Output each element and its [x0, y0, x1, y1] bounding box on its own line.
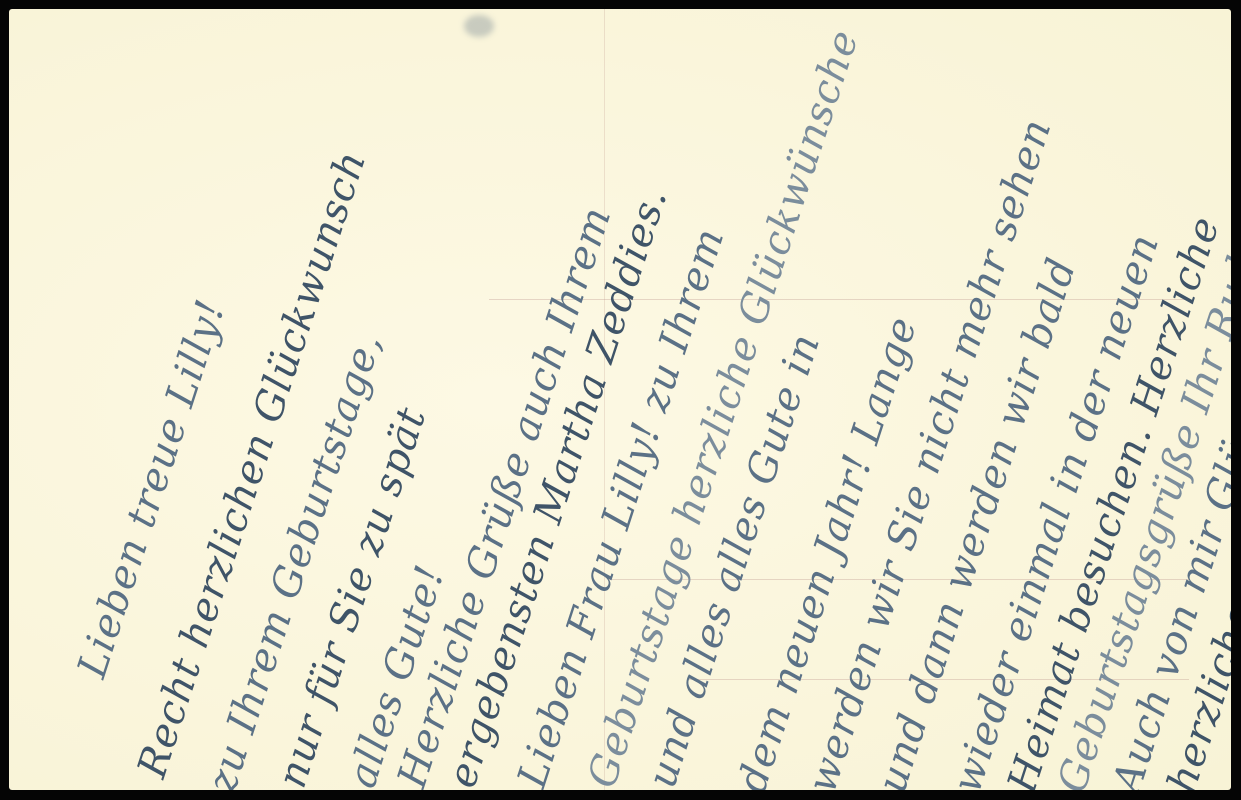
ink-smudge	[464, 15, 494, 37]
postcard: Lieben treue Lilly! Recht herzlichen Glü…	[9, 9, 1231, 790]
handwriting-line: Geburtstage herzliche Glückwünsche	[579, 24, 868, 790]
